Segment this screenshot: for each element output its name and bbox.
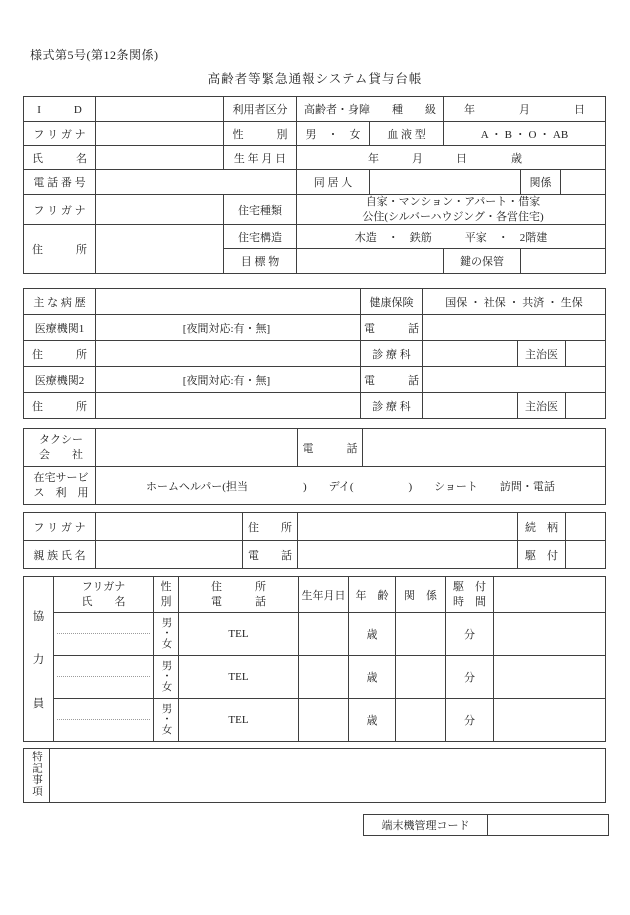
notes-field — [50, 749, 606, 803]
taxi-phone-field — [363, 429, 606, 467]
helpers-vertical-label: 協 力 員 — [24, 577, 54, 742]
issue-date-field: 年 月 日 — [444, 97, 606, 122]
dept2-field — [423, 393, 518, 419]
furigana2-field — [96, 195, 224, 225]
taxi-company-label: タクシー 会 社 — [24, 429, 96, 467]
helper1-addr-tel-field: TEL — [179, 613, 299, 656]
phone-label: 電 話 番 号 — [24, 170, 96, 195]
family-dispatch-label: 駆 付 — [518, 541, 566, 569]
helper3-birth-field — [299, 699, 349, 742]
user-class-label: 利用者区分 — [224, 97, 297, 122]
form-page: 様式第5号(第12条関係) 高齢者等緊急通報システム貸与台帳 I D 利用者区分… — [0, 0, 630, 915]
doctor1-label: 主治医 — [518, 341, 566, 367]
cohabitant-label: 同 居 人 — [297, 170, 370, 195]
dept1-label: 診 療 科 — [361, 341, 423, 367]
landmark-label: 目 標 物 — [224, 249, 297, 274]
house-type-label: 住宅種類 — [224, 195, 297, 225]
family-relation-label: 続 柄 — [518, 513, 566, 541]
birth-field: 年 月 日 歳 — [297, 146, 606, 170]
family-address-label: 住 所 — [243, 513, 298, 541]
family-name-label: 親 族 氏 名 — [24, 541, 96, 569]
birth-label: 生 年 月 日 — [224, 146, 297, 170]
address-label: 住 所 — [24, 225, 96, 274]
sex-value: 男 ・ 女 — [297, 122, 370, 146]
helper-birth-header: 生年月日 — [299, 577, 349, 613]
helper2-addr-tel-field: TEL — [179, 656, 299, 699]
helper2-name-field — [54, 656, 154, 699]
home-service-line2: ス 利 用 — [29, 486, 93, 500]
address1-label: 住 所 — [24, 341, 96, 367]
helper-addr-header-line2: 電 話 — [181, 595, 296, 609]
family-relation-field — [566, 513, 606, 541]
helper-time-header: 駆 付 時 間 — [446, 577, 494, 613]
history-field — [96, 289, 361, 315]
taxi-phone-label: 電 話 — [298, 429, 363, 467]
helper1-age-field: 歳 — [349, 613, 396, 656]
helper1-birth-field — [299, 613, 349, 656]
helper3-extra-field — [494, 699, 606, 742]
family-name-field — [96, 541, 243, 569]
doctor2-label: 主治医 — [518, 393, 566, 419]
helper-age-header: 年 齢 — [349, 577, 396, 613]
helper1-name-field — [54, 613, 154, 656]
helpers-vertical-char1: 協 — [33, 608, 45, 624]
helper-extra-header — [494, 577, 606, 613]
notes-vertical-text: 特記事項 — [29, 751, 44, 797]
helper2-sex-text: 男・女 — [159, 660, 174, 692]
notes-vertical-label: 特記事項 — [24, 749, 50, 803]
family-furigana-field — [96, 513, 243, 541]
family-dispatch-field — [566, 541, 606, 569]
helper-name-header-line2: 氏 名 — [56, 595, 151, 609]
helper-addr-header-line1: 住 所 — [181, 580, 296, 594]
name-divider-dotted-line — [57, 633, 150, 634]
helper1-extra-field — [494, 613, 606, 656]
helper3-time-field: 分 — [446, 699, 494, 742]
basic-info-table: I D 利用者区分 高齢者・身障 種 級 年 月 日 フ リ ガ ナ 性 別 男… — [23, 96, 606, 274]
helper3-name-field — [54, 699, 154, 742]
helpers-vertical-char2: 力 — [33, 651, 45, 667]
relation-label: 関係 — [521, 170, 561, 195]
doctor2-field — [566, 393, 606, 419]
family-address-field — [298, 513, 518, 541]
taxi-company-line1: タクシー — [29, 433, 93, 447]
phone2-label: 電 話 — [361, 367, 423, 393]
helper2-time-field: 分 — [446, 656, 494, 699]
furigana-field — [96, 122, 224, 146]
helper-name-header: フリガナ 氏 名 — [54, 577, 154, 613]
dept1-field — [423, 341, 518, 367]
helper2-sex-value: 男・女 — [154, 656, 179, 699]
terminal-code-field — [488, 815, 609, 836]
helpers-vertical-wrap: 協 力 員 — [26, 580, 51, 738]
doctor1-field — [566, 341, 606, 367]
page-title: 高齢者等緊急通報システム貸与台帳 — [0, 69, 630, 87]
key-storage-field — [521, 249, 606, 274]
helper-sex-header-line1: 性 — [156, 580, 176, 594]
helper1-sex-text: 男・女 — [159, 617, 174, 649]
house-type-value: 自家・マンション・アパート・借家 公住(シルバーハウジング・各営住宅) — [297, 195, 606, 225]
helper1-time-field: 分 — [446, 613, 494, 656]
helper3-age-field: 歳 — [349, 699, 396, 742]
terminal-code-label: 端末機管理コード — [364, 815, 488, 836]
phone-field — [96, 170, 297, 195]
helper-addr-header: 住 所 電 話 — [179, 577, 299, 613]
service-table: タクシー 会 社 電 話 在宅サービ ス 利 用 ホームヘルパー(担当 ) デイ… — [23, 428, 606, 505]
institution1-label: 医療機関1 — [24, 315, 96, 341]
id-field — [96, 97, 224, 122]
helper-sex-header: 性 別 — [154, 577, 179, 613]
name-divider-dotted-line — [57, 719, 150, 720]
terminal-code-table: 端末機管理コード — [363, 814, 609, 836]
helper-relation-header: 関 係 — [396, 577, 446, 613]
id-label: I D — [24, 97, 96, 122]
user-class-value: 高齢者・身障 種 級 — [297, 97, 444, 122]
address2-label: 住 所 — [24, 393, 96, 419]
relation-field — [561, 170, 606, 195]
family-table: フ リ ガ ナ 住 所 続 柄 親 族 氏 名 電 話 駆 付 — [23, 512, 606, 569]
home-service-label: 在宅サービ ス 利 用 — [24, 467, 96, 505]
home-service-value: ホームヘルパー(担当 ) デイ( ) ショート 訪問・電話 — [96, 467, 606, 505]
phone1-label: 電 話 — [361, 315, 423, 341]
dept2-label: 診 療 科 — [361, 393, 423, 419]
form-number: 様式第5号(第12条関係) — [30, 46, 159, 63]
address1-field — [96, 341, 361, 367]
house-type-line1: 自家・マンション・アパート・借家 — [303, 195, 603, 209]
furigana2-label: フ リ ガ ナ — [24, 195, 96, 225]
history-label: 主 な 病 歴 — [24, 289, 96, 315]
address-field — [96, 225, 224, 274]
phone1-field — [423, 315, 606, 341]
night-support-note1: [夜間対応:有・無] — [96, 315, 361, 341]
helper1-sex-value: 男・女 — [154, 613, 179, 656]
family-phone-label: 電 話 — [243, 541, 298, 569]
house-type-line2: 公住(シルバーハウジング・各営住宅) — [303, 210, 603, 224]
sex-label: 性 別 — [224, 122, 297, 146]
house-structure-label: 住宅構造 — [224, 225, 297, 249]
landmark-field — [297, 249, 444, 274]
helpers-table: 協 力 員 フリガナ 氏 名 性 別 住 所 電 話 生年月日 年 齢 関 係 — [23, 576, 606, 742]
taxi-company-field — [96, 429, 298, 467]
address2-field — [96, 393, 361, 419]
blood-type-label: 血 液 型 — [370, 122, 444, 146]
helper-sex-header-line2: 別 — [156, 595, 176, 609]
phone2-field — [423, 367, 606, 393]
home-service-line1: 在宅サービ — [29, 471, 93, 485]
name-field — [96, 146, 224, 170]
helper1-relation-field — [396, 613, 446, 656]
blood-type-value: A ・ B ・ O ・ AB — [444, 122, 606, 146]
key-storage-label: 鍵の保管 — [444, 249, 521, 274]
family-phone-field — [298, 541, 518, 569]
helper-name-header-line1: フリガナ — [56, 580, 151, 594]
helper2-age-field: 歳 — [349, 656, 396, 699]
helper3-addr-tel-field: TEL — [179, 699, 299, 742]
helper3-sex-text: 男・女 — [159, 703, 174, 735]
family-furigana-label: フ リ ガ ナ — [24, 513, 96, 541]
helper3-sex-value: 男・女 — [154, 699, 179, 742]
house-structure-value: 木造 ・ 鉄筋 平家 ・ 2階建 — [297, 225, 606, 249]
taxi-company-line2: 会 社 — [29, 448, 93, 462]
helper2-birth-field — [299, 656, 349, 699]
night-support-note2: [夜間対応:有・無] — [96, 367, 361, 393]
helper2-relation-field — [396, 656, 446, 699]
name-divider-dotted-line — [57, 676, 150, 677]
furigana-label: フ リ ガ ナ — [24, 122, 96, 146]
cohabitant-field — [370, 170, 521, 195]
helper3-relation-field — [396, 699, 446, 742]
institution2-label: 医療機関2 — [24, 367, 96, 393]
notes-table: 特記事項 — [23, 748, 606, 803]
helpers-vertical-char3: 員 — [33, 695, 45, 711]
helper2-extra-field — [494, 656, 606, 699]
medical-table: 主 な 病 歴 健康保険 国保 ・ 社保 ・ 共済 ・ 生保 医療機関1 [夜間… — [23, 288, 606, 419]
insurance-value: 国保 ・ 社保 ・ 共済 ・ 生保 — [423, 289, 606, 315]
helper-time-header-line2: 時 間 — [448, 595, 491, 609]
name-label: 氏 名 — [24, 146, 96, 170]
insurance-label: 健康保険 — [361, 289, 423, 315]
helper-time-header-line1: 駆 付 — [448, 580, 491, 594]
